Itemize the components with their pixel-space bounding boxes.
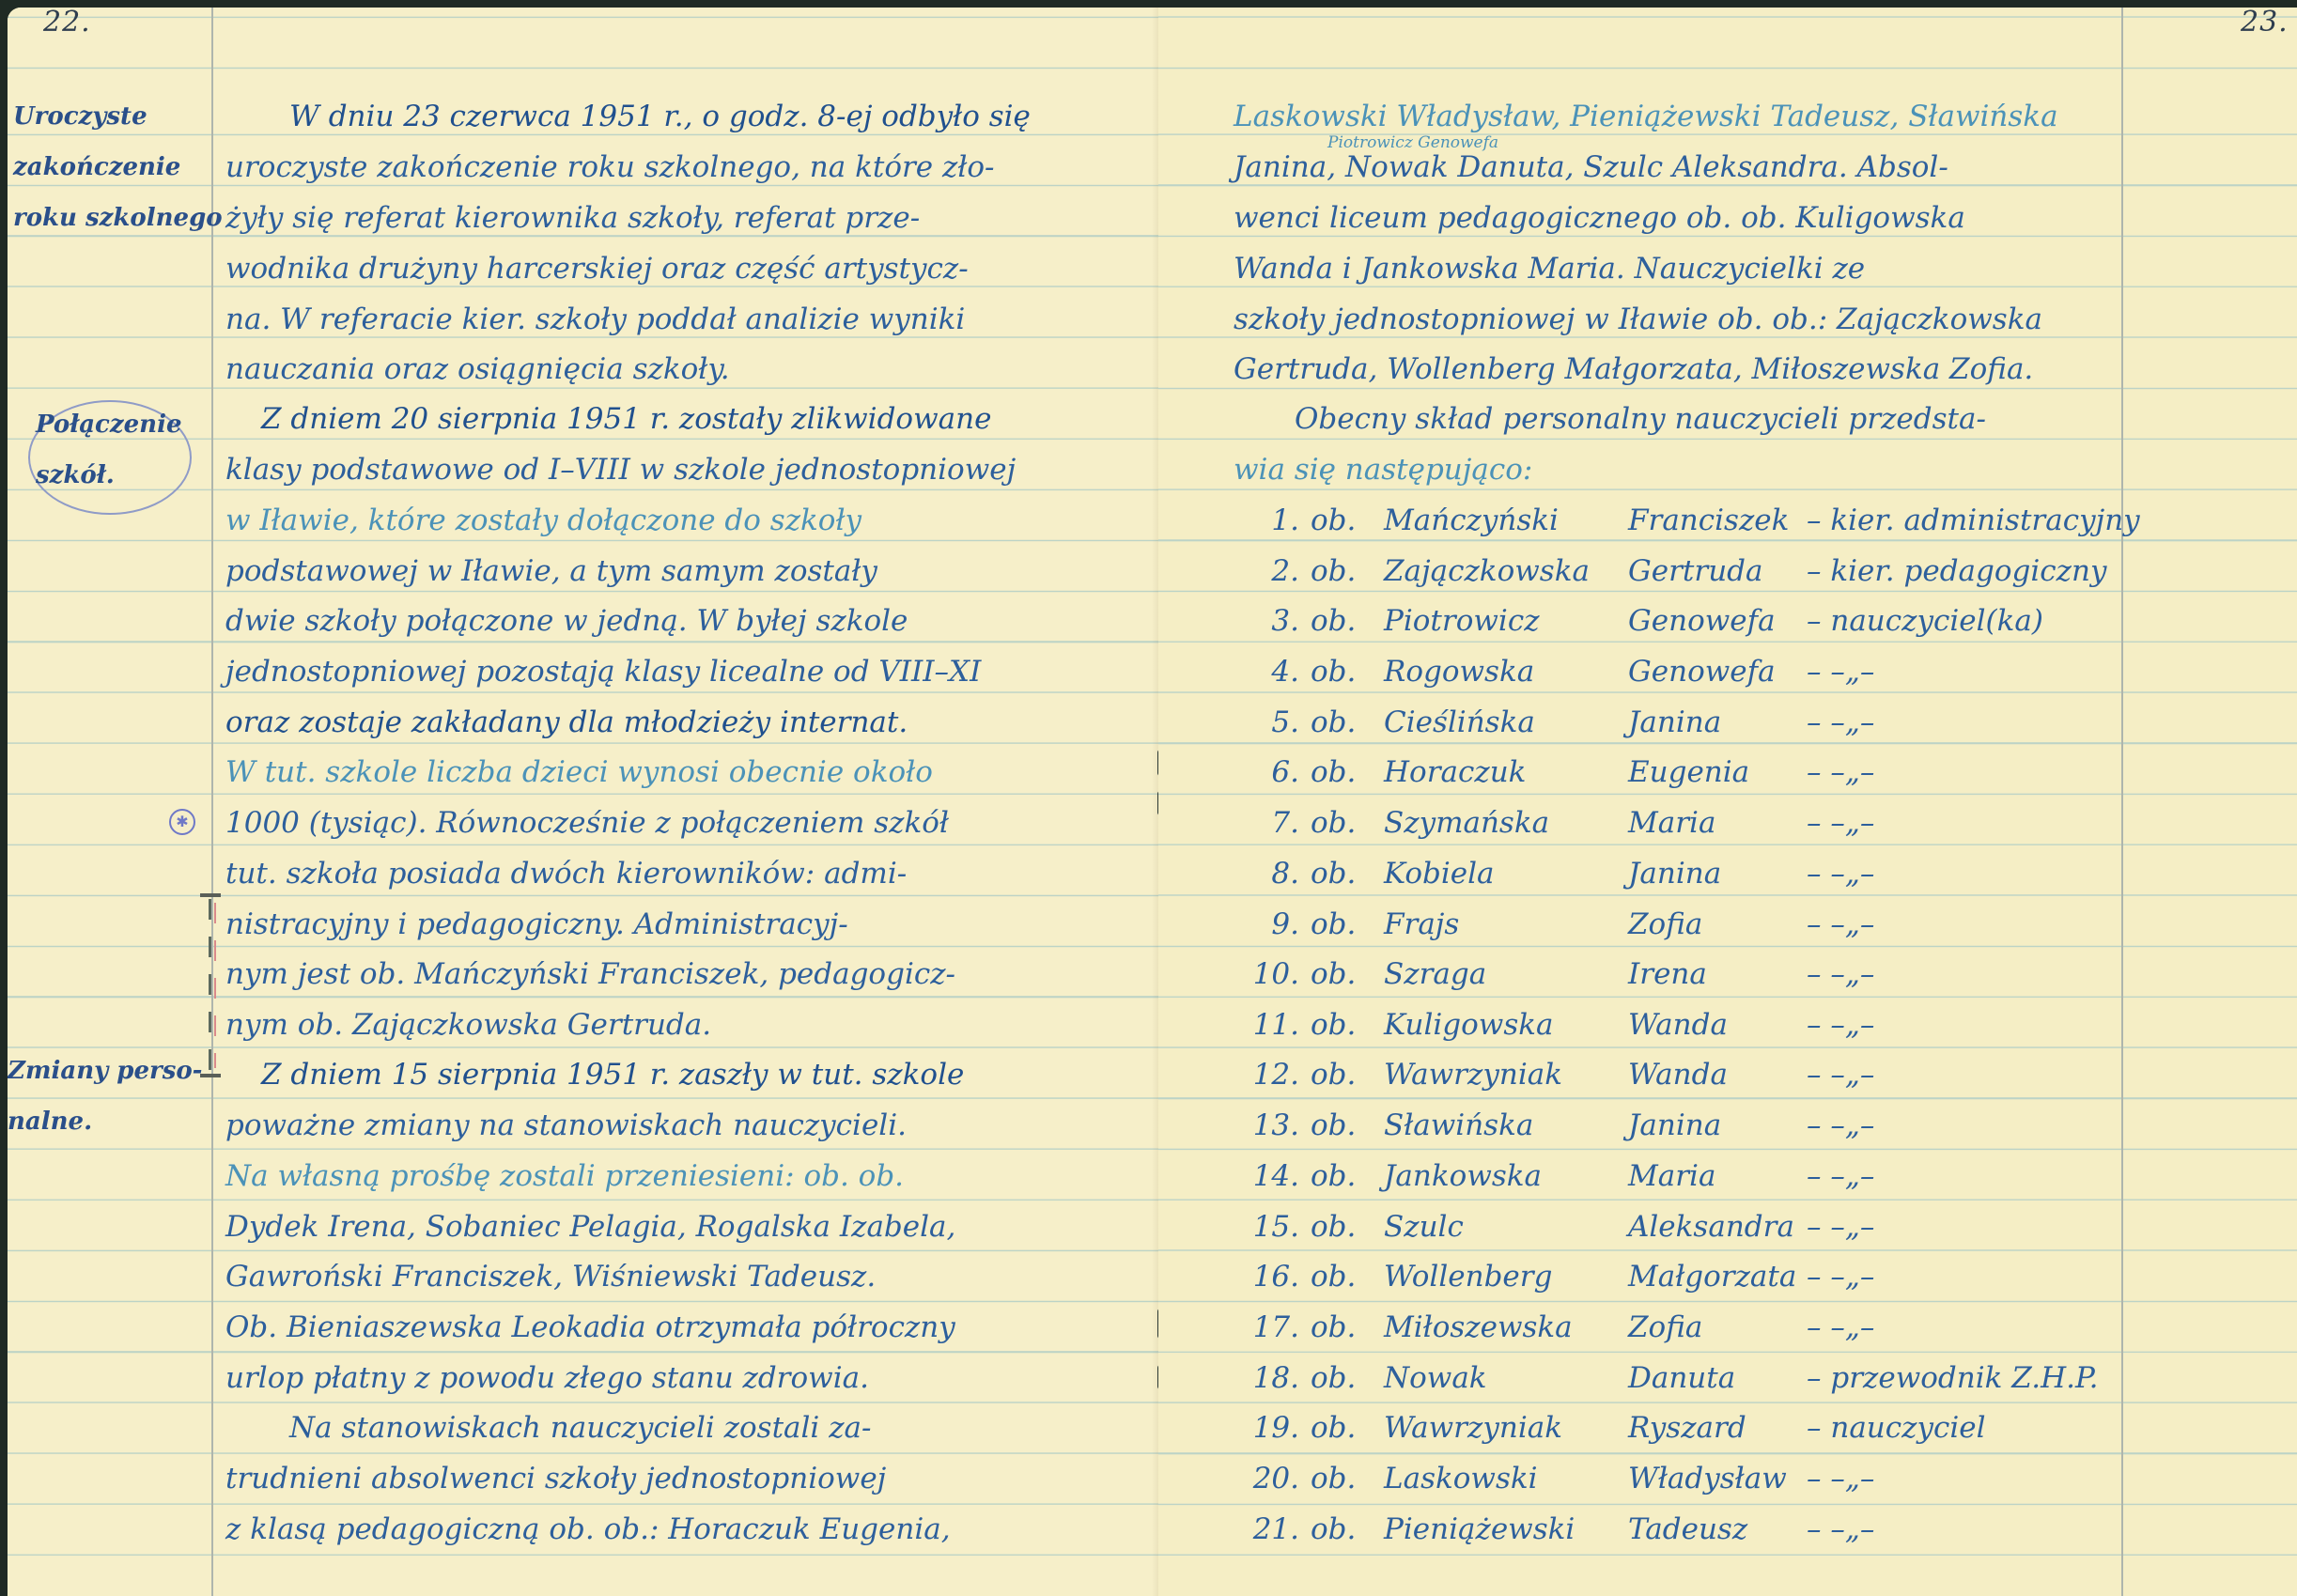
text-line: żyły się referat kierownika szkoły, refe…: [225, 199, 920, 237]
text-line: nym jest ob. Mańczyński Franciszek, peda…: [225, 955, 955, 993]
left-margin-rule: [211, 8, 213, 1596]
text-line: 1000 (tysiąc). Równocześnie z połączenie…: [225, 804, 949, 842]
text-line: wodnika drużyny harcerskiej oraz część a…: [225, 250, 969, 287]
page-number-right: 23.: [2241, 8, 2289, 39]
text-line: podstawowej w Iławie, a tym samym został…: [225, 552, 877, 590]
text-line: tut. szkoła posiada dwóch kierowników: a…: [225, 855, 907, 892]
text-line: wenci liceum pedagogicznego ob. ob. Kuli…: [1234, 199, 1965, 237]
text-line: Laskowski Władysław, Pieniążewski Tadeus…: [1234, 98, 2058, 135]
text-line: jednostopniowej pozostają klasy licealne…: [225, 653, 981, 690]
text-line: trudnieni absolwenci szkoły jednostopnio…: [225, 1460, 886, 1497]
notebook-spread: 22. Uroczyste zakończenie roku szkolnego…: [8, 8, 2297, 1596]
right-margin-rule: [2121, 8, 2123, 1596]
text-line: oraz zostaje zakładany dla młodzieży int…: [225, 704, 908, 741]
text-line: Ob. Bieniaszewska Leokadia otrzymała pół…: [225, 1309, 955, 1346]
page-number-left: 22.: [43, 8, 91, 39]
text-line: uroczyste zakończenie roku szkolnego, na…: [225, 148, 995, 186]
text-line: na. W referacie kier. szkoły poddał anal…: [225, 301, 965, 338]
text-line: W tut. szkole liczba dzieci wynosi obecn…: [225, 753, 933, 791]
text-line: poważne zmiany na stanowiskach nauczycie…: [225, 1107, 907, 1144]
text-line: Z dniem 20 sierpnia 1951 r. zostały zlik…: [261, 400, 991, 438]
side-note-staff-1: Zmiany perso-: [8, 1052, 202, 1090]
side-note-ceremony-1: Uroczyste: [13, 98, 147, 135]
side-note-merger-2: szkół.: [36, 457, 115, 494]
text-line: wia się następująco:: [1234, 451, 1532, 488]
text-line: z klasą pedagogiczną ob. ob.: Horaczuk E…: [225, 1511, 951, 1548]
text-line: nistracyjny i pedagogiczny. Administracy…: [225, 906, 848, 943]
side-note-ceremony-3: roku szkolnego: [13, 199, 223, 237]
text-line: Dydek Irena, Sobaniec Pelagia, Rogalska …: [225, 1208, 955, 1246]
text-line: dwie szkoły połączone w jedną. W byłej s…: [225, 602, 908, 640]
text-line: Gawroński Franciszek, Wiśniewski Tadeusz…: [225, 1258, 876, 1295]
monogram-stamp-icon: ✱: [169, 809, 195, 835]
side-note-ceremony-2: zakończenie: [13, 148, 180, 186]
side-note-staff-2: nalne.: [8, 1103, 92, 1140]
text-line: szkoły jednostopniowej w Iławie ob. ob.:…: [1234, 301, 2042, 338]
text-line: Wanda i Jankowska Maria. Nauczycielki ze: [1234, 250, 1865, 287]
text-line: nym ob. Zajączkowska Gertruda.: [225, 1006, 711, 1044]
bracket-mark-icon: [200, 893, 219, 1077]
text-line: Janina, Nowak Danuta, Szulc Aleksandra. …: [1234, 148, 1948, 186]
text-line: Na stanowiskach nauczycieli zostali za-: [289, 1409, 872, 1447]
text-line: W dniu 23 czerwca 1951 r., o godz. 8-ej …: [289, 98, 1031, 135]
text-line: klasy podstawowe od I–VIII w szkole jedn…: [225, 451, 1016, 488]
text-line: Obecny skład personalny nauczycieli prze…: [1295, 400, 1986, 438]
text-line: nauczania oraz osiągnięcia szkoły.: [225, 350, 730, 388]
left-page: 22. Uroczyste zakończenie roku szkolnego…: [8, 8, 1158, 1596]
right-page: 23. Laskowski Władysław, Pieniążewski Ta…: [1158, 8, 2297, 1596]
text-line: w Iławie, które zostały dołączone do szk…: [225, 502, 861, 539]
text-line: Gertruda, Wollenberg Małgorzata, Miłosze…: [1234, 350, 2033, 388]
text-line: Na własną prośbę zostali przeniesieni: o…: [225, 1157, 904, 1195]
text-line: urlop płatny z powodu złego stanu zdrowi…: [225, 1359, 869, 1397]
side-note-merger-1: Połączenie: [36, 406, 182, 443]
text-line: Z dniem 15 sierpnia 1951 r. zaszły w tut…: [261, 1056, 964, 1093]
